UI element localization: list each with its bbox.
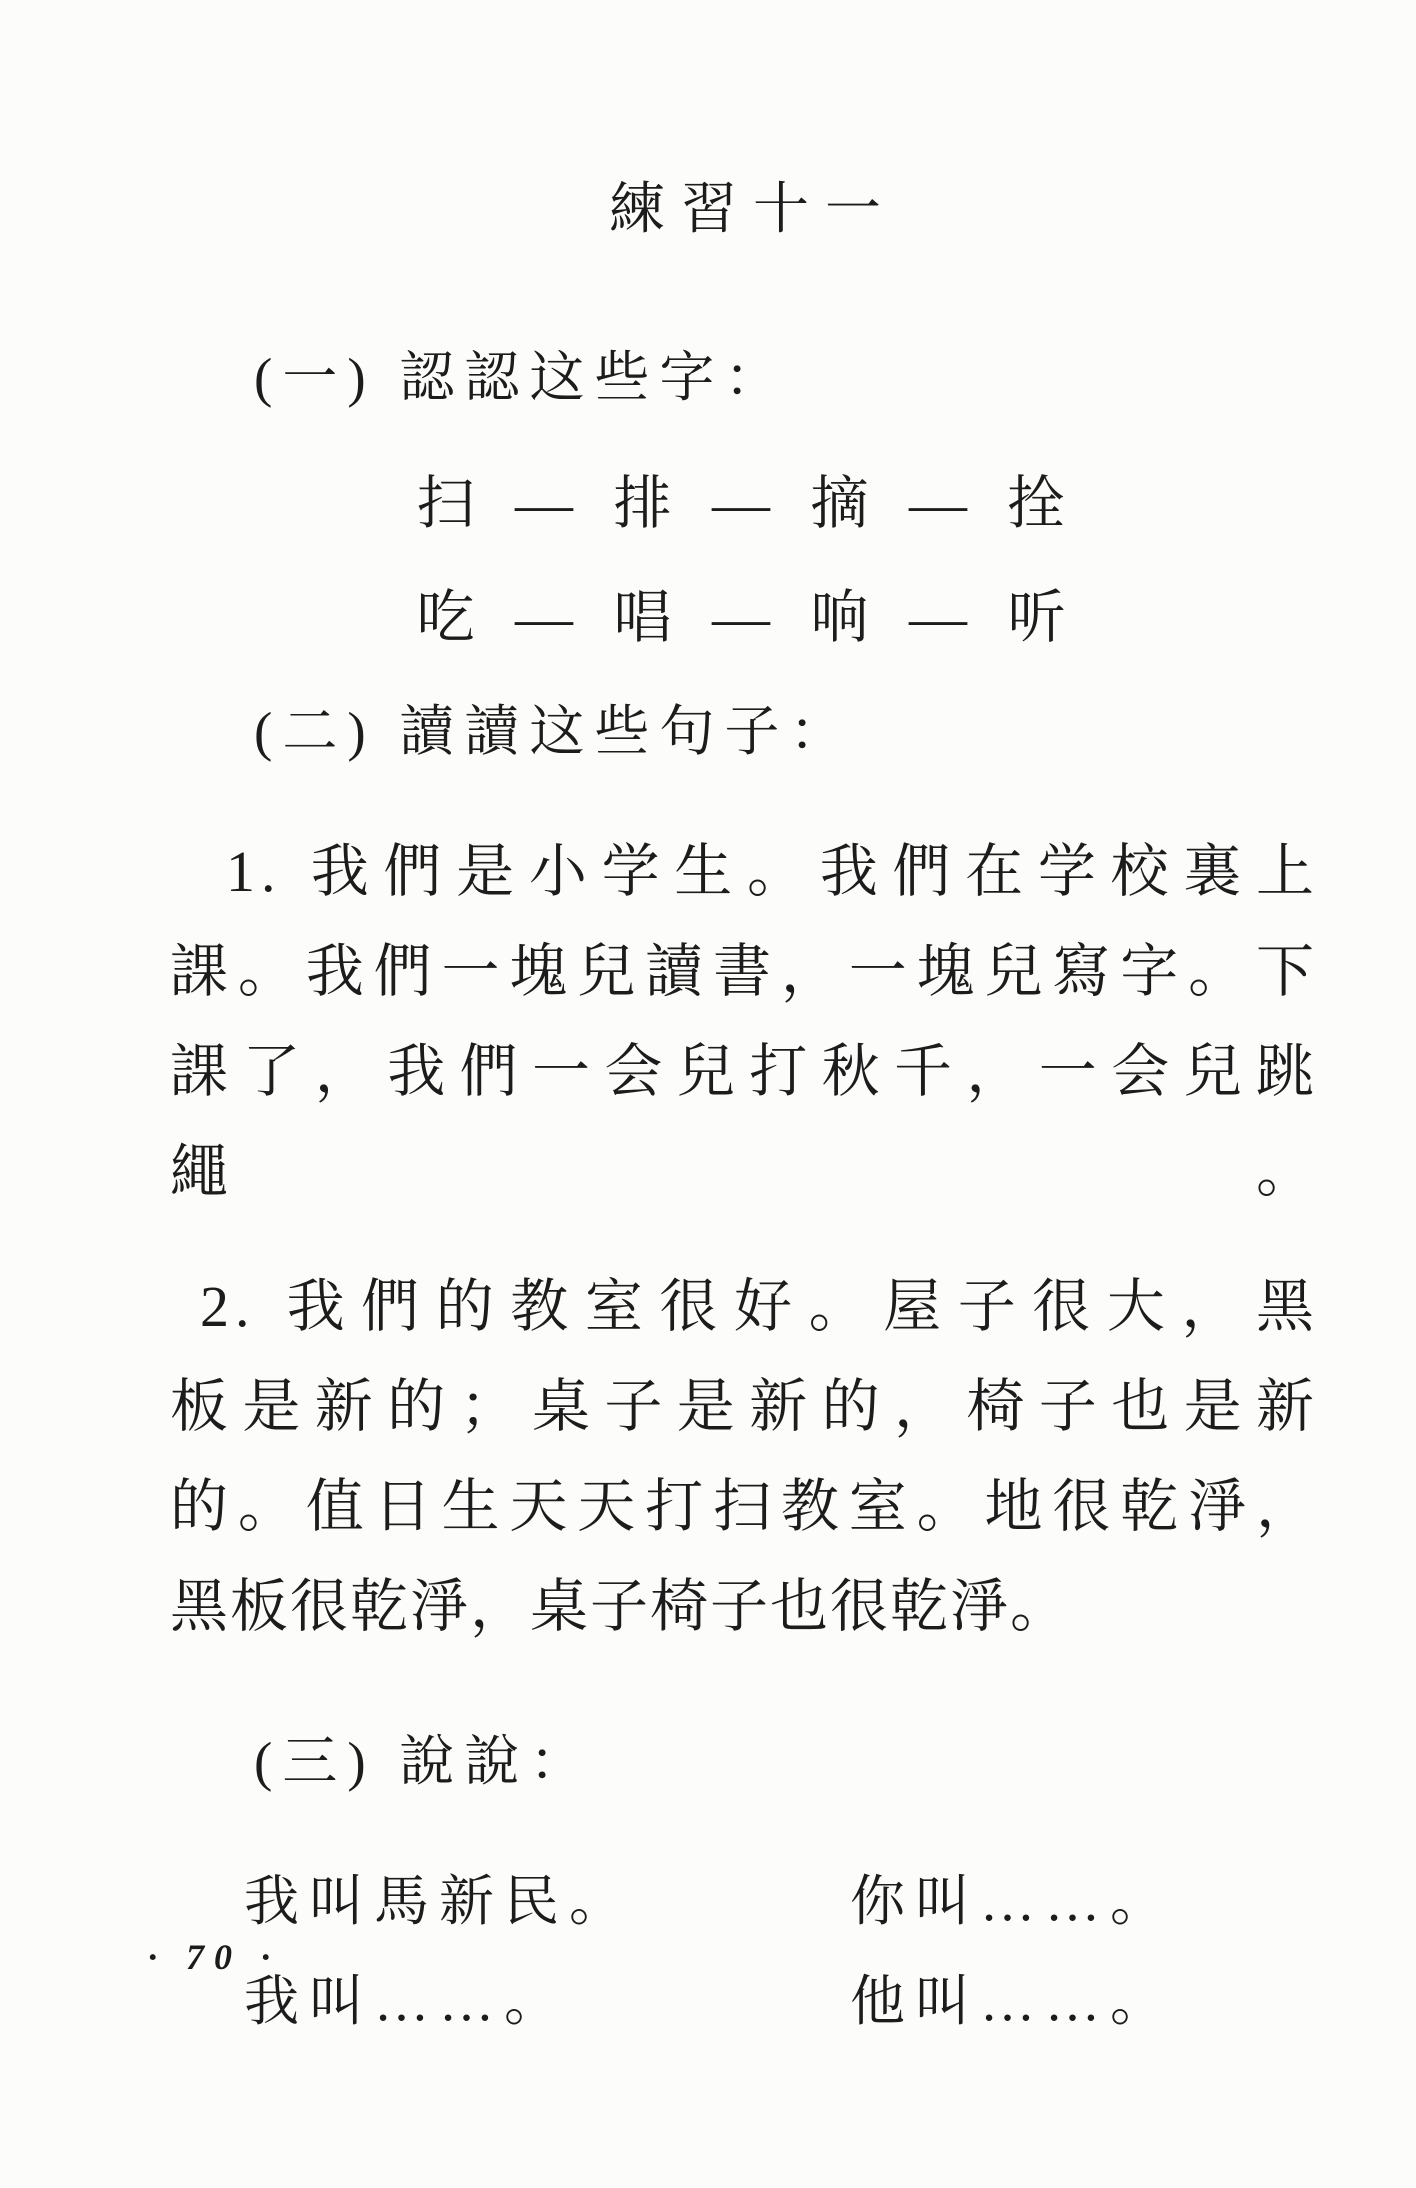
sentence-paragraph-1: 1. 我們是小学生。我們在学校裏上 課。我們一塊兒讀書，一塊兒寫字。下 課了，我… xyxy=(170,822,1320,1222)
character-drill-line: 扫 — 排 — 摘 — 拴 xyxy=(170,460,1320,548)
character-drill-line: 吃 — 唱 — 响 — 听 xyxy=(170,574,1320,662)
speaking-item: 他叫……。 xyxy=(850,1952,1320,2052)
speaking-item: 你叫……。 xyxy=(850,1852,1320,1952)
paragraph-line: 2. 我們的教室很好。屋子很大，黑 xyxy=(170,1257,1320,1357)
paragraph-line: 課了，我們一会兒打秋千，一会兒跳繩。 xyxy=(170,1022,1320,1222)
scanned-textbook-page: 練習十一 (一) 認認这些字： 扫 — 排 — 摘 — 拴 吃 — 唱 — 响 … xyxy=(0,0,1416,2188)
paragraph-line: 課。我們一塊兒讀書，一塊兒寫字。下 xyxy=(170,922,1320,1022)
speaking-row: 我叫馬新民。 你叫……。 xyxy=(170,1852,1320,1952)
paragraph-line: 的。值日生天天打扫教室。地很乾淨， xyxy=(170,1457,1320,1557)
section-recognize-characters: (一) 認認这些字： 扫 — 排 — 摘 — 拴 吃 — 唱 — 响 — 听 xyxy=(170,338,1320,662)
speaking-practice-lines: 我叫馬新民。 你叫……。 我叫……。 他叫……。 xyxy=(170,1852,1320,2052)
exercise-title: 練習十一 xyxy=(170,170,1320,250)
section-read-sentences: (二) 讀讀这些句子： 1. 我們是小学生。我們在学校裏上 課。我們一塊兒讀書，… xyxy=(170,692,1320,1657)
section-two-heading: (二) 讀讀这些句子： xyxy=(170,692,1320,772)
section-three-heading: (三) 說說： xyxy=(170,1722,1320,1802)
paragraph-line: 板是新的；桌子是新的，椅子也是新 xyxy=(170,1357,1320,1457)
speaking-row: 我叫……。 他叫……。 xyxy=(170,1952,1320,2052)
section-one-heading: (一) 認認这些字： xyxy=(170,338,1320,418)
page-content: 練習十一 (一) 認認这些字： 扫 — 排 — 摘 — 拴 吃 — 唱 — 响 … xyxy=(170,0,1320,2052)
paragraph-line: 1. 我們是小学生。我們在学校裏上 xyxy=(170,822,1320,922)
sentence-paragraph-2: 2. 我們的教室很好。屋子很大，黑 板是新的；桌子是新的，椅子也是新 的。值日生… xyxy=(170,1257,1320,1657)
paragraph-line: 黑板很乾淨，桌子椅子也很乾淨。 xyxy=(170,1557,1320,1657)
page-number: · 70 · xyxy=(148,1936,280,1978)
section-speaking-practice: (三) 說說： 我叫馬新民。 你叫……。 我叫……。 他叫……。 xyxy=(170,1722,1320,2052)
